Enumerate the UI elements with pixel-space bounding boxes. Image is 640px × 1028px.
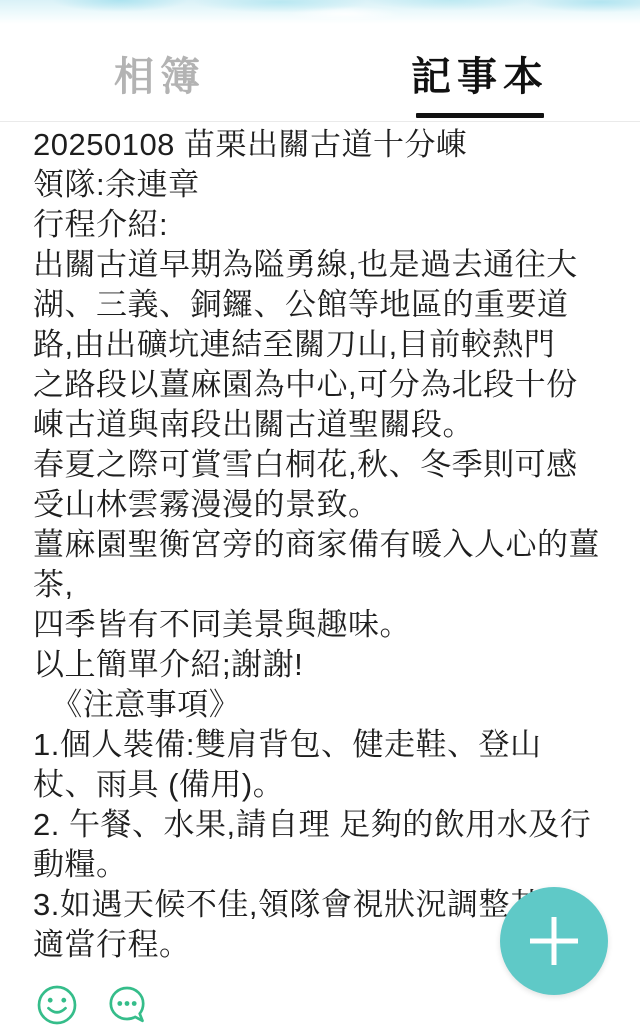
note-line: 四季皆有不同美景與趣味。 <box>33 605 610 645</box>
smiley-icon[interactable] <box>36 984 78 1026</box>
plus-icon <box>500 887 608 995</box>
note-line: 動糧。 <box>33 845 610 885</box>
header-watercolor-banner <box>0 0 640 24</box>
note-line: 2. 午餐、水果,請自理 足夠的飲用水及行 <box>33 805 610 845</box>
tab-bar: 相簿 記事本 <box>0 24 640 122</box>
tab-album-label: 相簿 <box>114 57 206 97</box>
note-line: 20250108 苗栗出關古道十分崠 <box>33 125 610 165</box>
note-line: 杖、雨具 (備用)。 <box>33 765 610 805</box>
note-line: 薑麻園聖衡宮旁的商家備有暖入人心的薑 <box>33 525 610 565</box>
note-line: 出關古道早期為隘勇線,也是過去通往大 <box>33 245 610 285</box>
tab-notebook-underline <box>416 113 544 118</box>
note-line: 路,由出礦坑連結至關刀山,目前較熱門 <box>33 325 610 365</box>
note-line: 湖、三義、銅鑼、公館等地區的重要道 <box>33 285 610 325</box>
note-line: 茶, <box>33 565 610 605</box>
tab-notebook[interactable]: 記事本 <box>320 24 640 121</box>
note-action-row <box>36 984 149 1026</box>
note-line: 受山林雲霧漫漫的景致。 <box>33 485 610 525</box>
add-note-fab[interactable] <box>500 887 608 995</box>
note-line: 之路段以薑麻園為中心,可分為北段十份 <box>33 365 610 405</box>
tab-album-underline <box>96 113 224 118</box>
note-line: 春夏之際可賞雪白桐花,秋、冬季則可感 <box>33 445 610 485</box>
note-line: 領隊:余連章 <box>33 165 610 205</box>
note-line: 1.個人裝備:雙肩背包、健走鞋、登山 <box>33 725 610 765</box>
note-line: 行程介紹: <box>33 205 610 245</box>
note-line: 以上簡單介紹;謝謝! <box>33 645 610 685</box>
notebook-screen: 相簿 記事本 20250108 苗栗出關古道十分崠領隊:余連章行程介紹:出關古道… <box>0 0 640 1028</box>
tab-album[interactable]: 相簿 <box>0 24 320 121</box>
note-line: 《注意事項》 <box>33 685 610 725</box>
chat-bubble-icon[interactable] <box>107 984 149 1026</box>
note-line: 崠古道與南段出關古道聖關段。 <box>33 405 610 445</box>
note-body[interactable]: 20250108 苗栗出關古道十分崠領隊:余連章行程介紹:出關古道早期為隘勇線,… <box>0 123 640 965</box>
tab-notebook-label: 記事本 <box>411 57 549 97</box>
